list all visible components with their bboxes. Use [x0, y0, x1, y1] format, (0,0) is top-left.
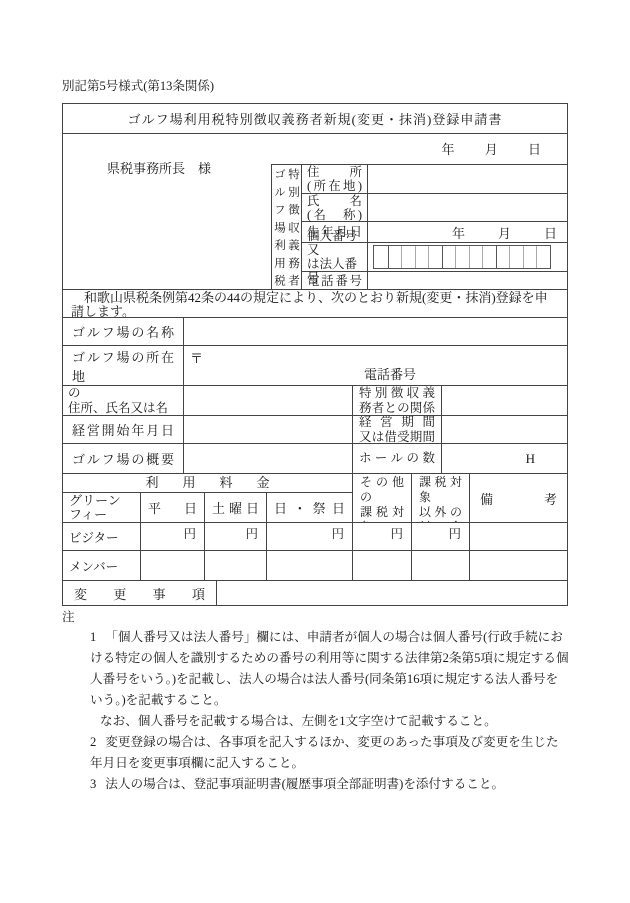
outline-row: ゴルフ場の概要 ホールの数 H	[63, 443, 567, 473]
golf-location-field: 〒 電話番号	[184, 346, 567, 385]
date-month-label: 月	[485, 142, 498, 157]
green-fee-label: グリーン フィー	[69, 494, 140, 522]
visitor-remarks	[470, 523, 567, 550]
holes-label: ホールの数	[359, 451, 435, 466]
applicant-rows: 住 所 (所在地) 氏 名 (名 称) 生年月日 年 月 日 個人番号又	[302, 165, 567, 289]
note-number: 1	[90, 630, 96, 644]
location-phone-label: 電話番号	[364, 364, 416, 383]
notes-heading: 注	[62, 608, 570, 627]
note-text: 「個人番号又は法人番号」欄には、申請者が個人の場合は個人番号(行政手続における特…	[90, 630, 569, 707]
number-digit-cell	[482, 246, 496, 268]
other-taxable-label: その他の 課税対象 料金	[360, 475, 404, 522]
number-digit-cell	[469, 246, 483, 268]
remarks-label: 備考	[480, 489, 557, 508]
member-fee-row: メンバー	[63, 550, 567, 580]
note-item: 1「個人番号又は法人番号」欄には、申請者が個人の場合は個人番号(行政手続における…	[62, 627, 570, 732]
visitor-other-taxable-fee: 円	[353, 523, 412, 550]
member-weekday-fee	[141, 551, 205, 580]
number-digit-cell	[374, 246, 388, 268]
yen-unit: 円	[448, 524, 461, 542]
address-field	[368, 165, 567, 193]
note-item: 2変更登録の場合は、各事項を記入するほか、変更のあった事項及び変更を生じた年月日…	[62, 732, 570, 774]
note-number: 3	[90, 777, 96, 791]
note-subtext: なお、個人番号を記載する場合は、左側を1文字空けて記載すること。	[90, 711, 570, 732]
address-label: 住 所 (所在地)	[307, 165, 362, 193]
relation-field	[442, 386, 567, 415]
application-date: 年 月 日	[414, 139, 567, 158]
application-form: ゴルフ場利用税特別徴収義務者新規(変更・抹消)登録申請書 年 月 日 県税事務所…	[62, 103, 568, 606]
number-digit-cell	[415, 246, 429, 268]
name-row: 氏 名 (名 称)	[302, 194, 567, 222]
number-digit-cell	[536, 246, 550, 268]
member-label: メンバー	[63, 551, 141, 580]
number-digit-cell	[496, 246, 510, 268]
golf-location-label: ゴルフ場の所在地	[72, 347, 174, 385]
member-other-taxable-fee	[353, 551, 412, 580]
yen-unit: 円	[331, 524, 344, 542]
usage-fee-header: 利用料金	[63, 474, 352, 493]
form-title: ゴルフ場利用税特別徴収義務者新規(変更・抹消)登録申請書	[63, 104, 567, 133]
saturday-column-label: 土曜日	[212, 498, 259, 517]
visitor-fee-row: ビジター 円 円 円 円 円	[63, 522, 567, 550]
owner-row: ゴルフ場の所有者の 住所、氏名又は名称 特別徴収義 務者との関係	[63, 385, 567, 415]
period-field	[442, 416, 567, 443]
fee-table-header: 利用料金 グリーン フィー 平日 土曜日 日・祭日 その他の 課税対象 料金 課…	[63, 473, 567, 522]
birth-year-label: 年	[452, 223, 465, 242]
name-label: 氏 名 (名 称)	[307, 194, 362, 222]
name-field	[368, 194, 567, 221]
outline-label: ゴルフ場の概要	[72, 449, 174, 468]
applicant-side-label: ゴルフ場利用税 特別徴収義務者	[272, 165, 302, 289]
yen-unit: 円	[183, 524, 196, 542]
member-remarks	[470, 551, 567, 580]
visitor-label: ビジター	[63, 523, 141, 550]
yen-unit: 円	[390, 524, 403, 542]
fee-subheader-row: グリーン フィー 平日 土曜日 日・祭日	[63, 493, 352, 522]
note-item: 3法人の場合は、登記事項証明書(履歴事項全部証明書)を添付すること。	[62, 774, 570, 795]
weekday-column-label: 平日	[148, 498, 197, 517]
holiday-column-label: 日・祭日	[274, 498, 345, 517]
golf-name-field	[184, 318, 567, 345]
date-day-label: 日	[528, 142, 541, 157]
change-items-label: 変更事項	[74, 584, 205, 603]
address-row: 住 所 (所在地)	[302, 165, 567, 194]
member-non-taxable-fee	[412, 551, 470, 580]
phone-field	[368, 272, 567, 289]
visitor-non-taxable-fee: 円	[412, 523, 470, 550]
number-digit-cell	[455, 246, 469, 268]
visitor-holiday-fee: 円	[267, 523, 353, 550]
number-digit-cell	[509, 246, 523, 268]
change-items-field	[217, 581, 567, 605]
relation-label: 特別徴収義 務者との関係	[359, 386, 435, 416]
owner-label: ゴルフ場の所有者の 住所、氏名又は名称	[68, 385, 178, 415]
note-text: 法人の場合は、登記事項証明書(履歴事項全部証明書)を添付すること。	[105, 777, 504, 791]
outline-field	[184, 444, 353, 473]
birthdate-field: 年 月 日	[368, 222, 567, 242]
number-digit-cell	[401, 246, 415, 268]
number-digit-cell	[388, 246, 402, 268]
id-number-row: 個人番号又 は法人番号	[302, 243, 567, 272]
golf-name-row: ゴルフ場の名称	[63, 317, 567, 345]
visitor-saturday-fee: 円	[205, 523, 267, 550]
phone-row: 電話番号	[302, 272, 567, 289]
number-digit-cell	[442, 246, 456, 268]
start-date-row: 経営開始年月日 経営期間 又は借受期間	[63, 415, 567, 443]
start-date-label: 経営開始年月日	[72, 420, 174, 439]
postal-mark: 〒	[190, 348, 203, 367]
birth-day-label: 日	[544, 223, 557, 242]
number-digit-cell	[523, 246, 537, 268]
yen-unit: 円	[245, 524, 258, 542]
notes-section: 注 1「個人番号又は法人番号」欄には、申請者が個人の場合は個人番号(行政手続にお…	[62, 608, 570, 795]
applicant-section: 年 月 日 県税事務所長 様 ゴルフ場利用税 特別徴収義務者 住 所 (所在地)…	[63, 133, 567, 289]
date-year-label: 年	[441, 142, 454, 157]
note-number: 2	[90, 735, 96, 749]
phone-label: 電話番号	[307, 274, 362, 288]
note-text: 変更登録の場合は、各事項を記入するほか、変更のあった事項及び変更を生じた年月日を…	[90, 735, 559, 770]
member-saturday-fee	[205, 551, 267, 580]
id-number-boxes	[373, 245, 551, 269]
holes-field: H	[442, 444, 567, 473]
period-label: 経営期間 又は借受期間	[359, 415, 435, 443]
form-reference: 別記第5号様式(第13条関係)	[62, 76, 214, 94]
start-date-field	[184, 416, 353, 443]
change-items-row: 変更事項	[63, 580, 567, 605]
addressee: 県税事務所長 様	[107, 158, 211, 177]
member-holiday-fee	[267, 551, 353, 580]
usage-fee-header-group: 利用料金 グリーン フィー 平日 土曜日 日・祭日	[63, 474, 353, 522]
number-digit-cell	[428, 246, 442, 268]
golf-name-label: ゴルフ場の名称	[72, 322, 174, 341]
document-page: { "page": { "form_ref": "別記第5号様式(第13条関係)…	[0, 0, 630, 903]
visitor-weekday-fee: 円	[141, 523, 205, 550]
applicant-info-table: ゴルフ場利用税 特別徴収義務者 住 所 (所在地) 氏 名 (名 称) 生年月日…	[271, 164, 567, 289]
holes-unit: H	[526, 451, 535, 467]
declaration-text: 和歌山県税条例第42条の44の規定により、次のとおり新規(変更・抹消)登録を申請…	[63, 289, 567, 317]
owner-field	[184, 386, 353, 415]
birth-month-label: 月	[498, 223, 511, 242]
non-taxable-label: 課税対象 以外の 料金	[419, 475, 462, 522]
golf-location-row: ゴルフ場の所在地 〒 電話番号	[63, 345, 567, 385]
id-number-field	[368, 243, 567, 271]
